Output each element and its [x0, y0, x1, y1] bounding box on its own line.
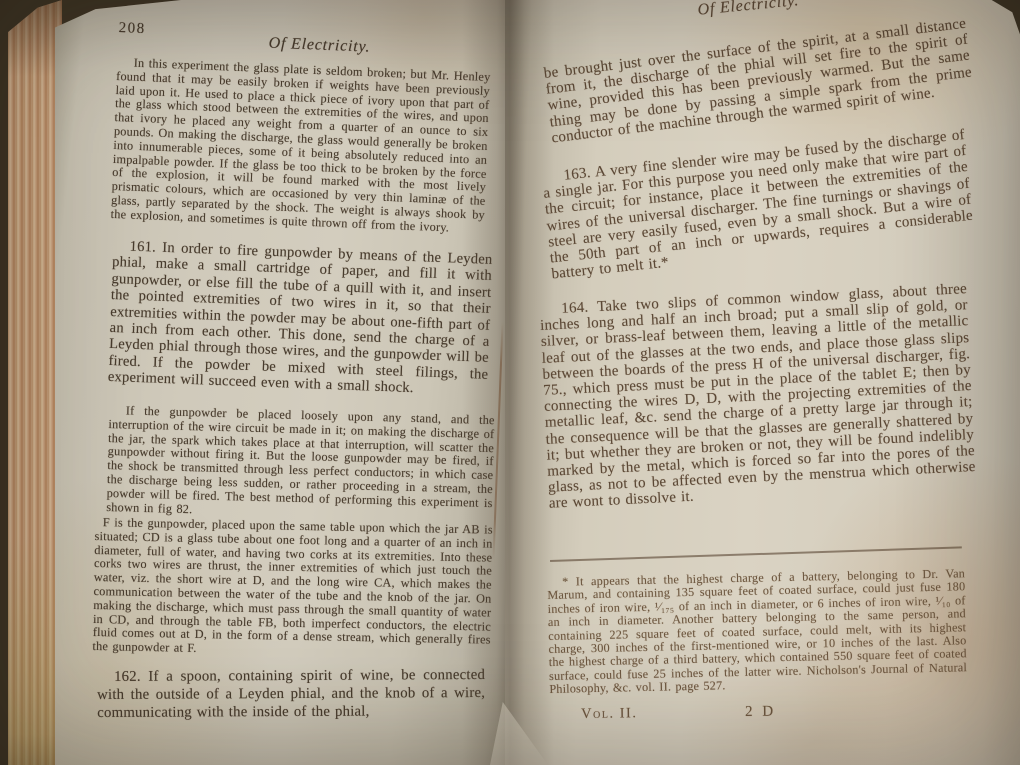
left-running-title: Of Electricity. — [204, 32, 435, 59]
signature-mark: 2 D — [745, 704, 776, 721]
intro-note-paragraph: In this experiment the glass plate is se… — [110, 56, 490, 236]
right-running-title: Of Electricity. — [633, 0, 864, 26]
section-162-paragraph: 162. If a spoon, containing spirit of wi… — [97, 666, 485, 722]
left-page-number: 208 — [118, 20, 146, 38]
page-edge-stack — [8, 0, 62, 765]
spirit-of-wine-paragraph: be brought just over the surface of the … — [543, 16, 975, 147]
section-163-paragraph: 163. A very fine slender wire may be fus… — [541, 127, 975, 283]
section-161-paragraph: 161. In order to fire gunpowder by means… — [108, 238, 493, 399]
gunpowder-note-paragraph: If the gunpowder be placed loosely upon … — [106, 404, 495, 524]
book-photo: { "book": { "left_page": { "page_number"… — [0, 0, 1020, 765]
section-164-paragraph: 164. Take two slips of common window gla… — [539, 281, 977, 512]
left-page: 208 Of Electricity. In this experiment t… — [55, 0, 505, 765]
volume-label: Vol. II. — [581, 705, 638, 723]
footnote-rule — [550, 546, 962, 562]
footnote-paragraph: * It appears that the highest charge of … — [547, 567, 967, 696]
right-page: Of Electricity. be brought just over the… — [505, 0, 1020, 765]
figure-explanation-paragraph: F is the gunpowder, placed upon the same… — [92, 516, 493, 662]
